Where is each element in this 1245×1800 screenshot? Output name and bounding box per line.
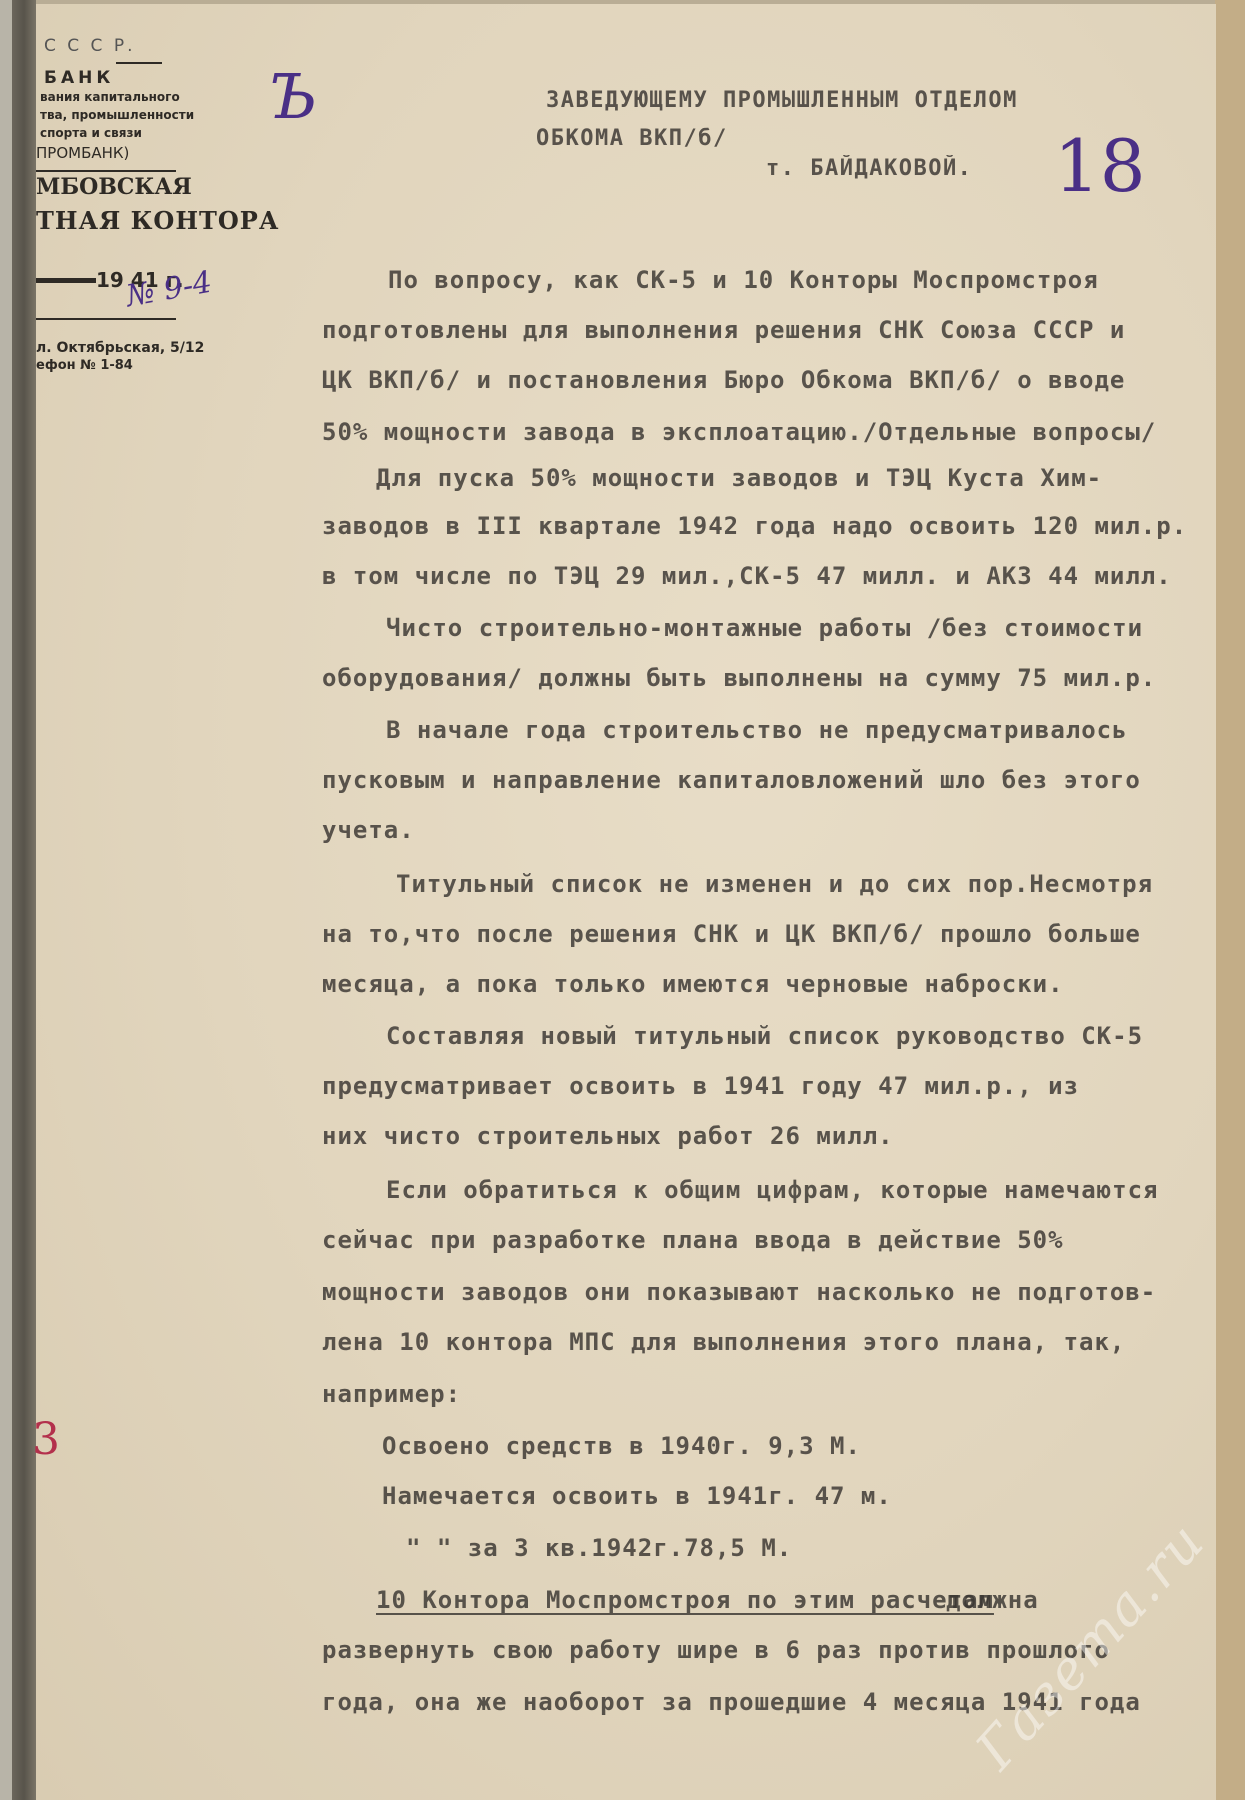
body-line: Если обратиться к общим цифрам, которые …: [386, 1176, 1158, 1204]
figures-line-1942: " " за 3 кв.1942г.78,5 М.: [406, 1534, 792, 1562]
background-right: [1215, 0, 1245, 1800]
stamp-rule: [36, 170, 176, 172]
handwritten-page-number: 18: [1054, 124, 1146, 208]
addressee-line1: ЗАВЕДУЮЩЕМУ ПРОМЫШЛЕННЫМ ОТДЕЛОМ: [546, 88, 1018, 113]
body-line-underlined: 10 Контора Моспромстроя по этим расчетам: [376, 1586, 994, 1614]
addressee-line3: т. БАЙДАКОВОЙ.: [766, 156, 972, 181]
body-line: учета.: [322, 816, 415, 844]
body-line: Титульный список не изменен и до сих пор…: [396, 870, 1153, 898]
addressee-line2: ОБКОМА ВКП/б/: [536, 126, 728, 151]
stamp-line2: тва, промышленности: [40, 108, 194, 122]
stamp-rule: [116, 62, 162, 64]
body-line: оборудования/ должны быть выполнены на с…: [322, 664, 1156, 692]
body-line: пусковым и направление капиталовложений …: [322, 766, 1141, 794]
body-line: например:: [322, 1380, 461, 1408]
document-page: С С С Р. БАНК вания капитального тва, пр…: [36, 4, 1216, 1800]
body-line: мощности заводов они показывают наскольк…: [322, 1278, 1156, 1306]
stamp-line1: вания капитального: [40, 90, 180, 104]
body-line: Чисто строительно-монтажные работы /без …: [386, 614, 1143, 642]
body-line: подготовлены для выполнения решения СНК …: [322, 316, 1125, 344]
handwritten-resolution-mark: Ъ: [268, 60, 317, 133]
body-line: лена 10 контора МПС для выполнения этого…: [322, 1328, 1125, 1356]
stamp-office1: МБОВСКАЯ: [36, 174, 192, 200]
background-left: [0, 0, 12, 1800]
figures-line-1941: Намечается освоить в 1941г. 47 м.: [382, 1482, 892, 1510]
body-line: Для пуска 50% мощности заводов и ТЭЦ Кус…: [376, 464, 1102, 492]
body-line: Составляя новый титульный список руковод…: [386, 1022, 1143, 1050]
body-line: сейчас при разработке плана ввода в дейс…: [322, 1226, 1064, 1254]
body-line: 50% мощности завода в эксплоатацию./Отде…: [322, 418, 1156, 446]
binding-spine: [12, 0, 36, 1800]
stamp-address: л. Октябрьская, 5/12: [36, 340, 204, 356]
body-line: них чисто строительных работ 26 милл.: [322, 1122, 894, 1150]
body-line: ЦК ВКП/б/ и постановления Бюро Обкома ВК…: [322, 366, 1125, 394]
body-line: В начале года строительство не предусмат…: [386, 716, 1128, 744]
stamp-bank: БАНК: [44, 68, 114, 88]
figures-line-1940: Освоено средств в 1940г. 9,3 М.: [382, 1432, 861, 1460]
body-line: месяца, а пока только имеются черновые н…: [322, 970, 1064, 998]
stamp-phone: ефон № 1-84: [36, 358, 133, 373]
stamp-date-blank: [36, 278, 96, 283]
body-line: в том числе по ТЭЦ 29 мил.,СК-5 47 милл.…: [322, 562, 1172, 590]
stamp-country: С С С Р.: [44, 36, 135, 56]
stamp-office2: ТНАЯ КОНТОРА: [36, 206, 279, 235]
margin-mark: 3: [32, 1414, 60, 1465]
body-line: заводов в III квартале 1942 года надо ос…: [322, 512, 1187, 540]
stamp-line4: ПРОМБАНК): [36, 144, 129, 162]
body-line: развернуть свою работу шире в 6 раз прот…: [322, 1636, 1110, 1664]
body-line: должна: [946, 1586, 1039, 1614]
body-line: на то,что после решения СНК и ЦК ВКП/б/ …: [322, 920, 1141, 948]
body-line: По вопросу, как СК-5 и 10 Конторы Моспро…: [388, 266, 1099, 294]
stamp-rule: [36, 318, 176, 320]
body-line: предусматривает освоить в 1941 году 47 м…: [322, 1072, 1079, 1100]
stamp-line3: спорта и связи: [40, 126, 142, 140]
